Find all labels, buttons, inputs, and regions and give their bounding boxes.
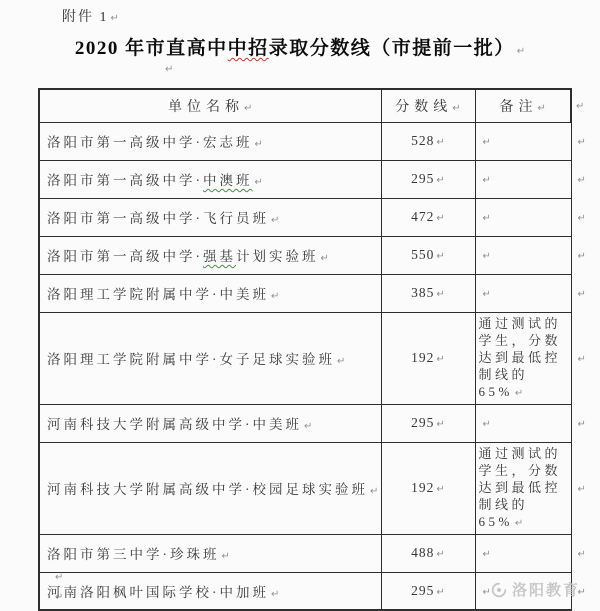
spellcheck-underlined-text: 中招 [228,38,269,59]
remark-cell: ↵ [475,274,571,312]
unit-name-cell: 河南科技大学附属高级中学·校园足球实验班↵ [39,442,381,534]
row-end-mark-cell: ↵ [571,160,589,198]
unit-name-cell: 河南科技大学附属高级中学·中美班↵ [39,404,381,442]
text-segment: 河南洛阳枫叶国际学校·中加班 [47,585,269,600]
score-line-cell: 192↵ [381,312,475,404]
paragraph-mark: ↵ [483,419,491,430]
column-header-label: 备注 [500,100,538,115]
paragraph-mark: ↵ [578,354,586,365]
paragraph-mark: ↵ [578,251,586,262]
paragraph-mark: ↵ [483,213,491,224]
text-segment: 河南科技大学附属高级中学·中美班 [47,417,302,432]
column-header-unit-name: 单位名称↵ [39,89,381,122]
paragraph-mark: ↵ [55,568,63,588]
paragraph-mark: ↵ [578,175,586,186]
row-end-mark-cell: ↵ [571,89,589,122]
admission-scores-table: 单位名称↵ 分数线↵ 备注↵ ↵ 洛阳市第一高级中学·宏志班↵528↵↵↵洛阳市… [38,88,590,611]
page-title: 2020 年市直高中中招录取分数线（市提前一批）↵ [0,33,600,60]
table-row: 洛阳市第三中学·珍珠班↵488↵↵↵ [39,534,589,572]
paragraph-mark: ↵ [222,551,230,562]
page-title-text: 2020 年市直高中中招录取分数线（市提前一批） [75,38,515,59]
paragraph-mark: ↵ [111,13,119,24]
score-line-cell: 192↵ [381,442,475,534]
paragraph-mark: ↵ [576,101,584,112]
column-header-label: 分数线 [395,100,452,115]
text-segment: 洛阳市第一高级中学· [47,249,203,264]
remark-text: 通过测试的学生，分数达到最低控制线的 65% [479,446,562,529]
table-row: 河南科技大学附属高级中学·校园足球实验班↵192↵通过测试的学生，分数达到最低控… [39,442,589,534]
score-line-cell: 295↵ [381,404,475,442]
paragraph-mark: ↵ [517,46,525,57]
spellcheck-underlined-text: 中澳班 [203,173,253,188]
paragraph-mark: ↵ [436,354,444,365]
row-end-mark-cell: ↵ [571,274,589,312]
unit-name-cell: 洛阳市第一高级中学·飞行员班↵ [39,198,381,236]
paragraph-mark: ↵ [578,419,586,430]
row-end-mark-cell: ↵ [571,198,589,236]
row-end-mark-cell: ↵ [571,442,589,534]
score-value: 192 [411,350,434,365]
score-value: 295 [411,415,434,430]
watermark-logo-icon [490,581,508,599]
row-end-mark-cell: ↵ [571,534,589,572]
row-end-mark-cell: ↵ [571,312,589,404]
paragraph-mark: ↵ [271,589,279,600]
paragraph-mark: ↵ [578,137,586,148]
remark-cell: ↵ [475,236,571,274]
document-page: 附件 1↵ 2020 年市直高中中招录取分数线（市提前一批）↵ ↵ 单位名称↵ … [0,0,600,611]
row-end-mark-cell: ↵ [571,236,589,274]
paragraph-mark: ↵ [483,289,491,300]
paragraph-mark: ↵ [436,213,444,224]
remark-cell: 通过测试的学生，分数达到最低控制线的 65%↵ [475,312,571,404]
paragraph-mark: ↵ [255,139,263,150]
score-line-cell: 385↵ [381,274,475,312]
paragraph-mark: ↵ [370,486,378,497]
remark-cell: 通过测试的学生，分数达到最低控制线的 65%↵ [475,442,571,534]
luoyang-education-watermark: 洛阳教育 [490,579,580,600]
text-segment: 河南科技大学附属高级中学·校园足球实验班 [47,482,368,497]
paragraph-mark: ↵ [578,549,586,560]
paragraph-mark: ↵ [578,484,586,495]
remark-text: 通过测试的学生，分数达到最低控制线的 65% [479,316,562,399]
row-end-mark-cell: ↵ [571,122,589,160]
remark-cell: ↵ [475,198,571,236]
text-segment: 计划实验班 [236,249,319,264]
score-value: 385 [411,285,434,300]
paragraph-mark: ↵ [271,215,279,226]
score-value: 295 [411,583,434,598]
remark-cell: ↵ [475,160,571,198]
text-segment: 洛阳市第三中学·珍珠班 [47,547,220,562]
score-value: 192 [411,480,434,495]
table-row: 河南科技大学附属高级中学·中美班↵295↵↵↵ [39,404,589,442]
text-segment: 录取分数线（市提前一批） [269,38,515,59]
score-value: 528 [411,133,434,148]
paragraph-mark: ↵ [436,419,444,430]
text-segment: 洛阳理工学院附属中学·女子足球实验班 [47,352,335,367]
text-segment: 洛阳市第一高级中学·宏志班 [47,135,253,150]
paragraph-mark: ↵ [436,175,444,186]
table-row: 洛阳理工学院附属中学·女子足球实验班↵192↵通过测试的学生，分数达到最低控制线… [39,312,589,404]
paragraph-mark: ↵ [436,251,444,262]
score-value: 488 [411,545,434,560]
score-line-cell: 528↵ [381,122,475,160]
table-row: 洛阳市第一高级中学·飞行员班↵472↵↵↵ [39,198,589,236]
unit-name-cell: 洛阳理工学院附属中学·女子足球实验班↵ [39,312,381,404]
table-row: 洛阳市第一高级中学·中澳班↵295↵↵↵ [39,160,589,198]
paragraph-mark: ↵ [483,549,491,560]
paragraph-mark: ↵ [452,103,460,114]
unit-name-cell: 洛阳理工学院附属中学·中美班↵ [39,274,381,312]
paragraph-mark: ↵ [436,289,444,300]
paragraph-mark: ↵ [436,587,444,598]
score-line-cell: 550↵ [381,236,475,274]
row-end-mark-cell: ↵ [571,404,589,442]
paragraph-mark: ↵ [321,253,329,264]
score-line-cell: 295↵ [381,160,475,198]
column-header-remark: 备注↵ [475,89,571,122]
text-segment: 2020 年市直高中 [75,38,228,59]
paragraph-mark: ↵ [165,64,173,75]
paragraph-mark: ↵ [515,518,523,529]
paragraph-mark: ↵ [483,175,491,186]
paragraph-mark: ↵ [483,251,491,262]
paragraph-mark: ↵ [436,549,444,560]
text-segment: 洛阳理工学院附属中学·中美班 [47,287,269,302]
paragraph-mark: ↵ [515,388,523,399]
attachment-label: 附件 1↵ [62,6,119,26]
unit-name-cell: 河南洛阳枫叶国际学校·中加班↵ [39,572,381,610]
text-segment: 洛阳市第一高级中学· [47,173,203,188]
table-row: 洛阳市第一高级中学·强基计划实验班↵550↵↵↵ [39,236,589,274]
remark-cell: ↵ [475,122,571,160]
paragraph-mark: ↵ [483,137,491,148]
paragraph-mark: ↵ [304,421,312,432]
table-header-row: 单位名称↵ 分数线↵ 备注↵ ↵ [39,89,589,122]
paragraph-mark: ↵ [271,291,279,302]
unit-name-cell: 洛阳市第一高级中学·宏志班↵ [39,122,381,160]
paragraph-mark: ↵ [578,213,586,224]
paragraph-mark: ↵ [337,356,345,367]
column-header-score-line: 分数线↵ [381,89,475,122]
text-segment: 洛阳市第一高级中学·飞行员班 [47,211,269,226]
score-value: 472 [411,209,434,224]
score-value: 550 [411,247,434,262]
paragraph-mark: ↵ [538,103,546,114]
unit-name-cell: 洛阳市第三中学·珍珠班↵ [39,534,381,572]
trailing-paragraph-marks: ↵ ↵ [55,568,63,608]
unit-name-cell: 洛阳市第一高级中学·强基计划实验班↵ [39,236,381,274]
paragraph-mark: ↵ [255,177,263,188]
paragraph-mark: ↵ [436,137,444,148]
table-row: 洛阳理工学院附属中学·中美班↵385↵↵↵ [39,274,589,312]
column-header-label: 单位名称 [168,100,244,115]
attachment-text: 附件 1 [62,10,109,25]
remark-cell: ↵ [475,534,571,572]
score-line-cell: 295↵ [381,572,475,610]
paragraph-mark: ↵ [55,588,63,608]
unit-name-cell: 洛阳市第一高级中学·中澳班↵ [39,160,381,198]
score-line-cell: 488↵ [381,534,475,572]
watermark-text: 洛阳教育 [512,579,580,600]
paragraph-mark: ↵ [244,103,252,114]
score-line-cell: 472↵ [381,198,475,236]
paragraph-mark: ↵ [436,484,444,495]
score-value: 295 [411,171,434,186]
table-row: 洛阳市第一高级中学·宏志班↵528↵↵↵ [39,122,589,160]
spellcheck-underlined-text: 强基 [203,249,236,264]
paragraph-mark: ↵ [578,289,586,300]
remark-cell: ↵ [475,404,571,442]
